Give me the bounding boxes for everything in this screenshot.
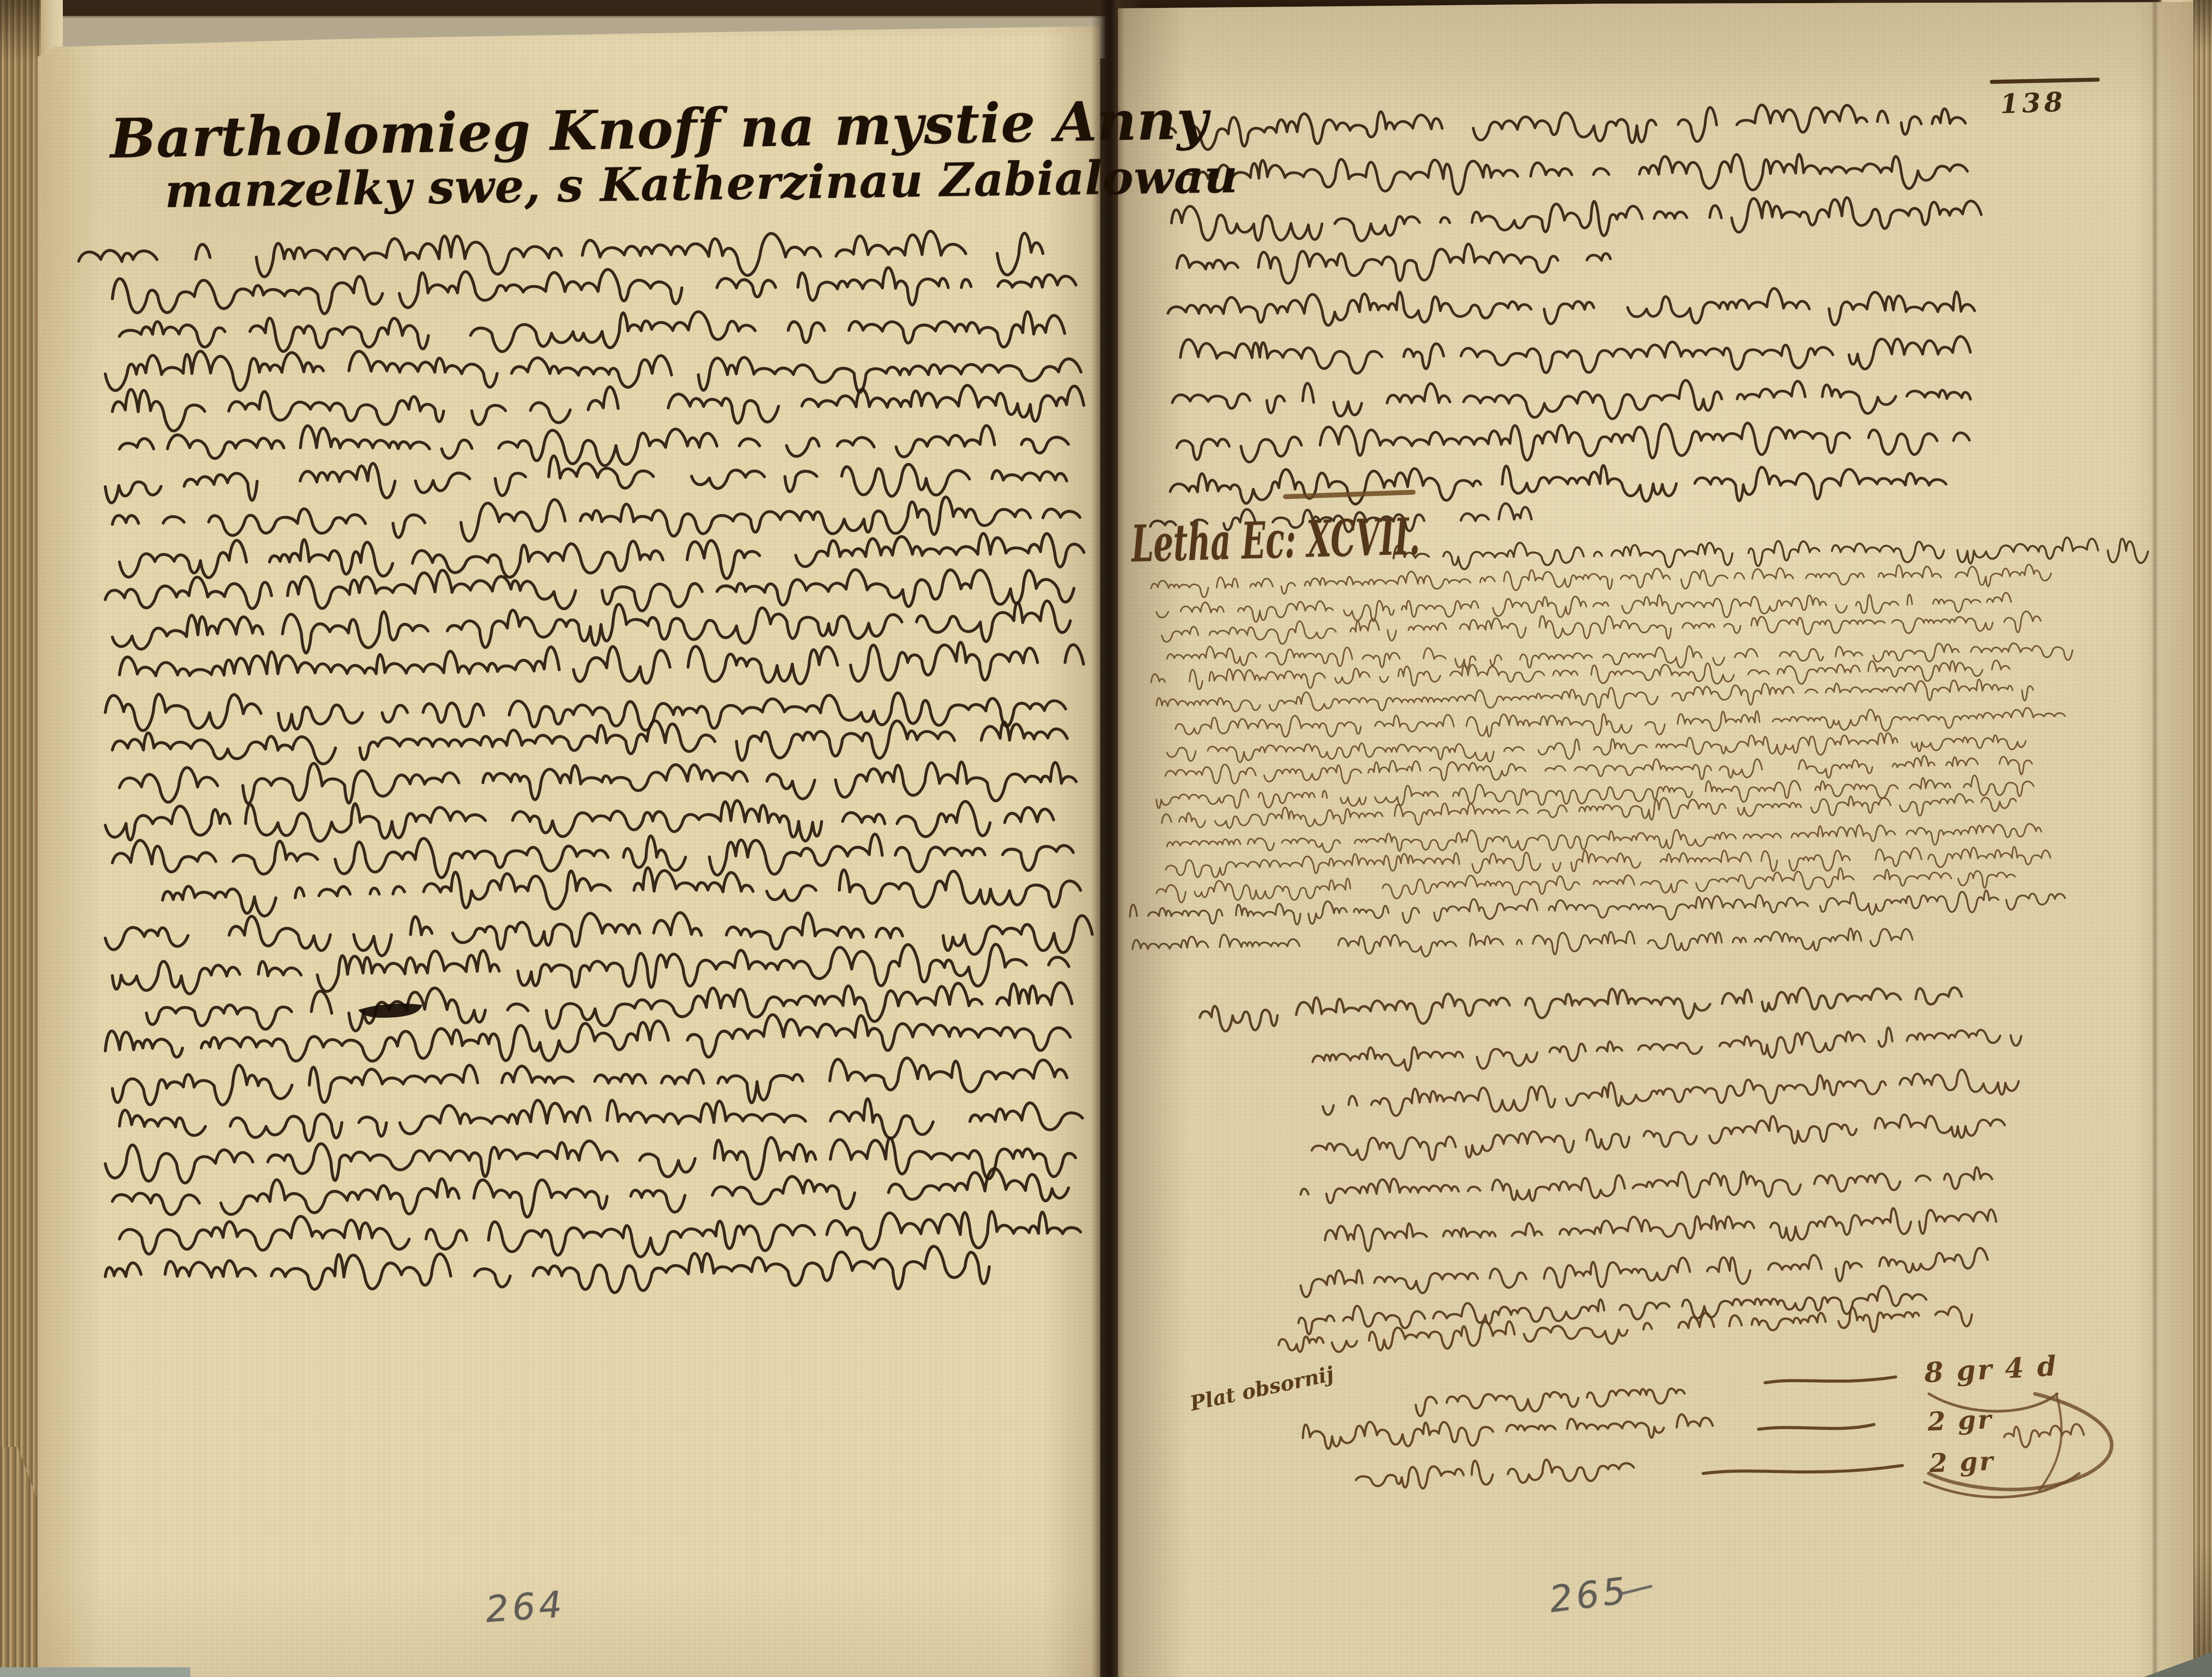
folio-number: 138: [2000, 89, 2066, 118]
book-gutter: [1091, 0, 1125, 1677]
year-heading: Letha Ec: XCVII.: [1131, 511, 1421, 569]
background-sliver: [0, 1667, 190, 1677]
left-page: [38, 0, 1100, 1677]
manuscript-photo: Bartholomieg Knoff na mystie Anny manzel…: [0, 0, 2212, 1677]
payment-amount-3: 2 gr: [1929, 1448, 1995, 1476]
pencil-page-number-right: 265: [1548, 1573, 1631, 1618]
right-page-crease: [2154, 0, 2156, 1677]
pencil-page-number-left: 264: [484, 1586, 567, 1628]
left-page-heading-line2: manzelky swe, s Katherzinau Zabialowau: [165, 153, 1238, 214]
right-page: [1118, 0, 2193, 1677]
payment-amount-1: 8 gr 4 d: [1924, 1352, 2058, 1387]
right-page-stack-shade: [2193, 0, 2212, 1677]
payment-amount-2: 2 gr: [1927, 1407, 1993, 1435]
left-page-stack-shade: [0, 0, 41, 1677]
